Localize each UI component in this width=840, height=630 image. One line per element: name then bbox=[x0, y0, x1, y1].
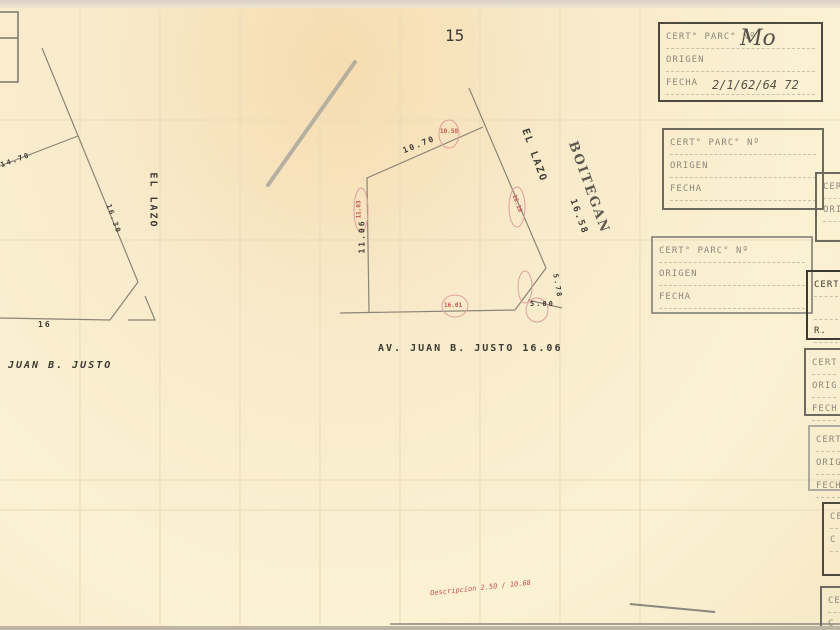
pencil-mark bbox=[630, 604, 715, 612]
parcel-certificate-stamp: CERT° PARC° NºORIGENFECHA bbox=[662, 128, 824, 210]
parcel-certificate-stamp: CEC bbox=[822, 502, 840, 576]
left-plot-outline bbox=[0, 48, 155, 320]
parcel-certificate-stamp: CERT°ORIGENFECHA bbox=[804, 348, 840, 416]
parcel-certificate-stamp: CERT°R. bbox=[806, 270, 840, 340]
left-side-street-label: EL LAZO bbox=[148, 172, 159, 228]
chamfer-measure-b: 5.80 bbox=[530, 300, 555, 308]
red-annotation: 16.01 bbox=[444, 302, 462, 309]
main-street-label: AV. JUAN B. JUSTO 16.06 bbox=[378, 343, 562, 354]
north-arrow-icon bbox=[268, 62, 355, 185]
paper-bottom-edge bbox=[0, 626, 840, 630]
main-plot-outline bbox=[340, 88, 562, 313]
page-number: 15 bbox=[445, 26, 464, 45]
handwritten-signature: Mo bbox=[740, 26, 776, 51]
red-annotation: 10.58 bbox=[440, 128, 458, 135]
grid-lines bbox=[0, 10, 840, 626]
red-annotation: 11.03 bbox=[356, 200, 363, 218]
handwritten-date: 2/1/62/64 72 bbox=[712, 78, 799, 92]
corner-box bbox=[0, 12, 18, 82]
parcel-certificate-stamp: CERT°ORIGEN bbox=[815, 172, 840, 242]
parcel-certificate-stamp: CERT°ORIGENFECHA bbox=[808, 425, 840, 491]
left-bottom-measure: 16 bbox=[38, 320, 52, 329]
red-correction-marks bbox=[354, 120, 548, 322]
main-left-measure: 11.06 bbox=[358, 219, 367, 253]
parcel-certificate-stamp: CEC bbox=[820, 586, 840, 630]
parcel-certificate-stamp: CERT° PARC° NºORIGENFECHA bbox=[651, 236, 813, 314]
left-street-label: JUAN B. JUSTO bbox=[8, 360, 112, 371]
